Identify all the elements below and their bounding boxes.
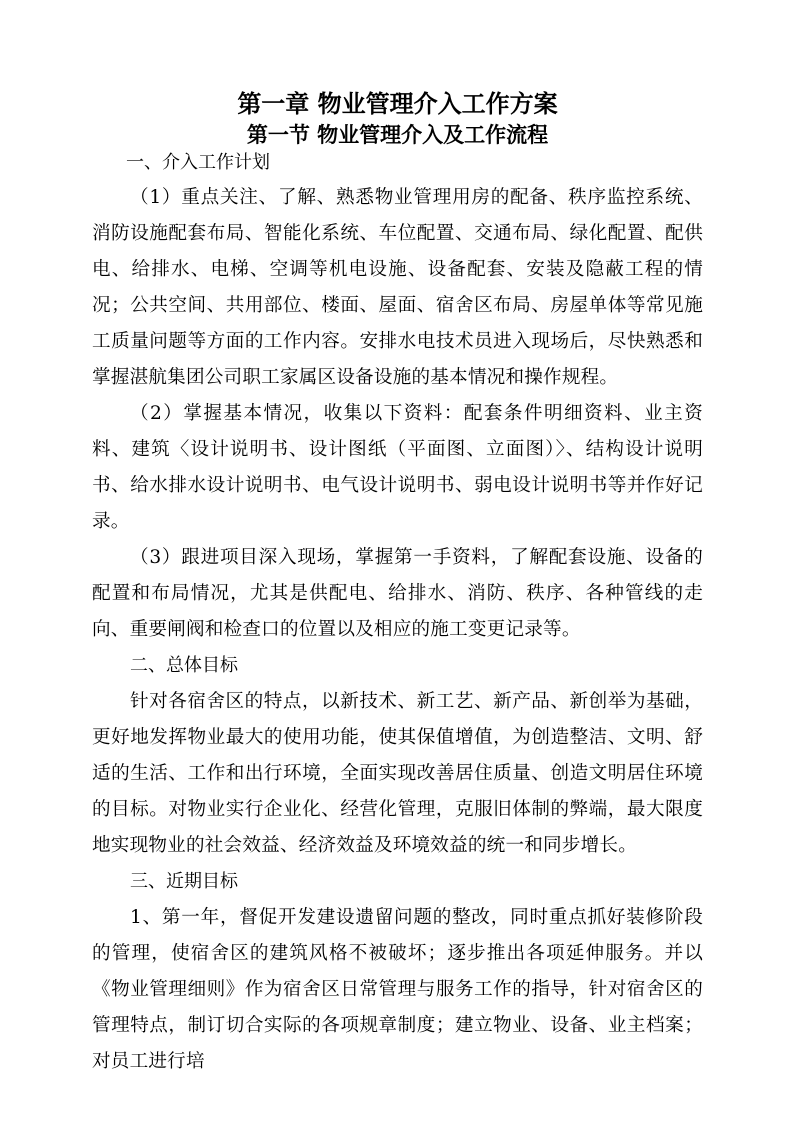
section-title: 第一节 物业管理介入及工作流程 [92, 120, 703, 150]
document-body: 第一章 物业管理介入工作方案 第一节 物业管理介入及工作流程 一、介入工作计划 … [92, 88, 703, 1080]
heading-overall-goal: 二、总体目标 [92, 648, 703, 684]
chapter-title: 第一章 物业管理介入工作方案 [92, 88, 703, 120]
paragraph-plan-item-3: （3）跟进项目深入现场，掌握第一手资料，了解配套设施、设备的配置和布局情况，尤其… [92, 540, 703, 648]
paragraph-near-term-goal-1: 1、第一年，督促开发建设遗留问题的整改，同时重点抓好装修阶段的管理，使宿舍区的建… [92, 900, 703, 1080]
heading-intervention-plan: 一、介入工作计划 [92, 150, 703, 176]
paragraph-plan-item-1: （1）重点关注、了解、熟悉物业管理用房的配备、秩序监控系统、消防设施配套布局、智… [92, 180, 703, 396]
document-page: 第一章 物业管理介入工作方案 第一节 物业管理介入及工作流程 一、介入工作计划 … [0, 0, 793, 1122]
paragraph-plan-item-2: （2）掌握基本情况，收集以下资料：配套条件明细资料、业主资料、建筑〈设计说明书、… [92, 396, 703, 540]
paragraph-overall-goal: 针对各宿舍区的特点，以新技术、新工艺、新产品、新创举为基础，更好地发挥物业最大的… [92, 684, 703, 864]
heading-near-term-goal: 三、近期目标 [92, 864, 703, 900]
